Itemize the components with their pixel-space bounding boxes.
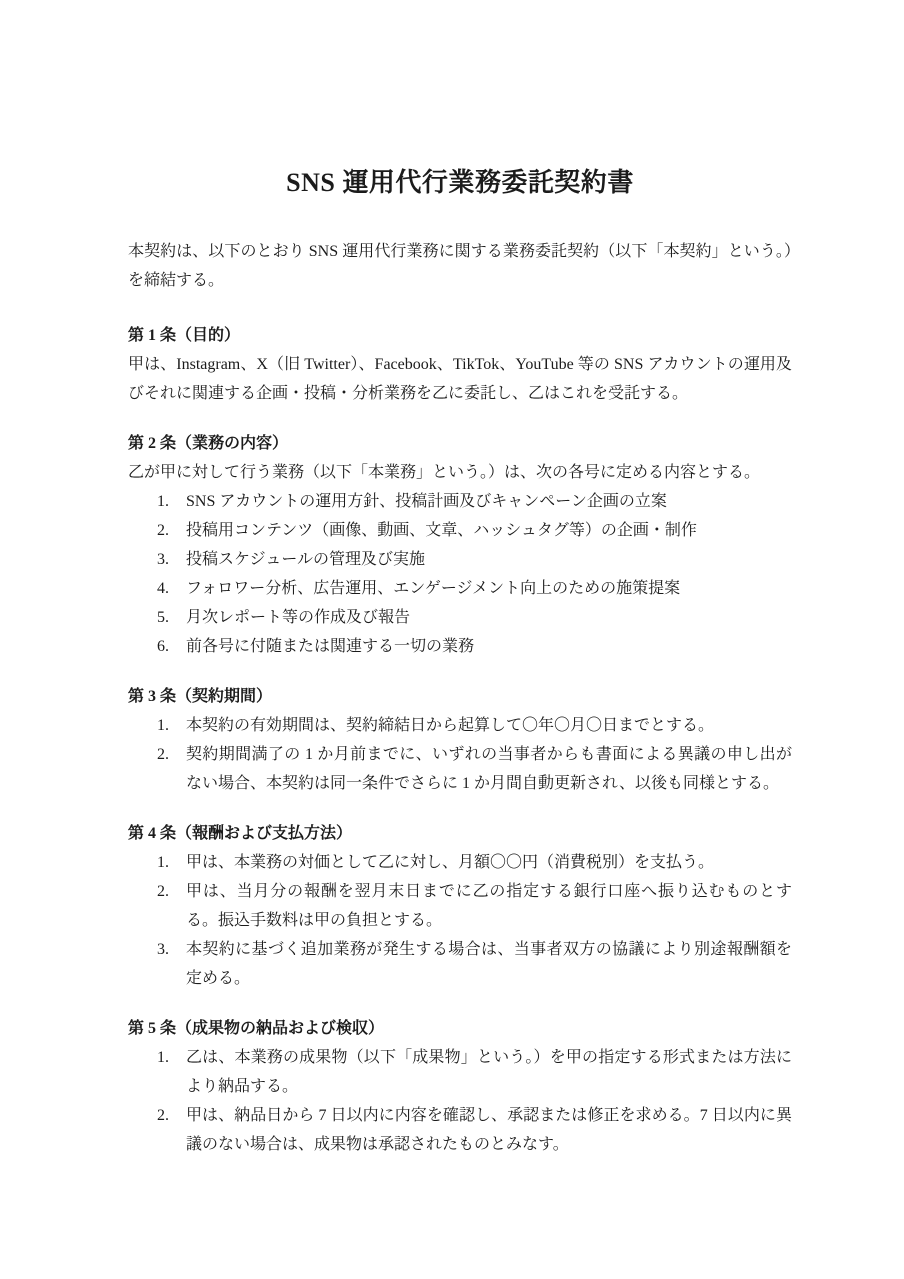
item-number: 1. <box>157 487 169 516</box>
article-4-heading: 第 4 条（報酬および支払方法） <box>128 819 792 848</box>
item-text: 甲は、納品日から 7 日以内に内容を確認し、承認または修正を求める。7 日以内に… <box>186 1107 792 1153</box>
item-number: 4. <box>157 574 169 603</box>
item-number: 1. <box>157 848 169 877</box>
article-2-item-list: 1. SNS アカウントの運用方針、投稿計画及びキャンペーン企画の立案 2. 投… <box>128 487 792 661</box>
article-3-item-list: 1. 本契約の有効期間は、契約締結日から起算して〇年〇月〇日までとする。 2. … <box>128 711 792 798</box>
item-text: 月次レポート等の作成及び報告 <box>186 609 410 626</box>
item-number: 1. <box>157 1043 169 1072</box>
list-item: 6. 前各号に付随または関連する一切の業務 <box>128 632 792 661</box>
contract-document-page: SNS 運用代行業務委託契約書 本契約は、以下のとおり SNS 運用代行業務に関… <box>0 0 904 1279</box>
article-1-purpose: 第 1 条（目的） 甲は、Instagram、X（旧 Twitter）、Face… <box>128 321 792 408</box>
article-3-heading: 第 3 条（契約期間） <box>128 682 792 711</box>
list-item: 2. 投稿用コンテンツ（画像、動画、文章、ハッシュタグ等）の企画・制作 <box>128 516 792 545</box>
list-item: 4. フォロワー分析、広告運用、エンゲージメント向上のための施策提案 <box>128 574 792 603</box>
item-number: 5. <box>157 603 169 632</box>
item-text: SNS アカウントの運用方針、投稿計画及びキャンペーン企画の立案 <box>186 493 667 510</box>
item-number: 2. <box>157 516 169 545</box>
list-item: 1. 本契約の有効期間は、契約締結日から起算して〇年〇月〇日までとする。 <box>128 711 792 740</box>
article-2-body: 乙が甲に対して行う業務（以下「本業務」という。）は、次の各号に定める内容とする。 <box>128 458 792 487</box>
item-text: フォロワー分析、広告運用、エンゲージメント向上のための施策提案 <box>186 580 680 597</box>
item-number: 2. <box>157 1101 169 1130</box>
item-text: 投稿用コンテンツ（画像、動画、文章、ハッシュタグ等）の企画・制作 <box>186 522 697 539</box>
item-text: 本契約に基づく追加業務が発生する場合は、当事者双方の協議により別途報酬額を定める… <box>186 941 792 987</box>
item-text: 前各号に付随または関連する一切の業務 <box>186 638 474 655</box>
intro-paragraph: 本契約は、以下のとおり SNS 運用代行業務に関する業務委託契約（以下「本契約」… <box>128 237 792 295</box>
list-item: 1. SNS アカウントの運用方針、投稿計画及びキャンペーン企画の立案 <box>128 487 792 516</box>
item-number: 6. <box>157 632 169 661</box>
article-1-body: 甲は、Instagram、X（旧 Twitter）、Facebook、TikTo… <box>128 350 792 408</box>
item-number: 3. <box>157 935 169 964</box>
article-4-fees-and-payment: 第 4 条（報酬および支払方法） 1. 甲は、本業務の対価として乙に対し、月額〇… <box>128 819 792 993</box>
article-5-delivery-and-inspection: 第 5 条（成果物の納品および検収） 1. 乙は、本業務の成果物（以下「成果物」… <box>128 1014 792 1159</box>
article-5-item-list: 1. 乙は、本業務の成果物（以下「成果物」という。）を甲の指定する形式または方法… <box>128 1043 792 1159</box>
article-5-heading: 第 5 条（成果物の納品および検収） <box>128 1014 792 1043</box>
article-1-heading: 第 1 条（目的） <box>128 321 792 350</box>
item-text: 甲は、本業務の対価として乙に対し、月額〇〇円（消費税別）を支払う。 <box>186 854 714 871</box>
list-item: 3. 本契約に基づく追加業務が発生する場合は、当事者双方の協議により別途報酬額を… <box>128 935 792 993</box>
item-number: 2. <box>157 877 169 906</box>
list-item: 2. 甲は、当月分の報酬を翌月末日までに乙の指定する銀行口座へ振り込むものとする… <box>128 877 792 935</box>
item-text: 本契約の有効期間は、契約締結日から起算して〇年〇月〇日までとする。 <box>186 717 714 734</box>
item-number: 3. <box>157 545 169 574</box>
article-2-heading: 第 2 条（業務の内容） <box>128 429 792 458</box>
item-text: 甲は、当月分の報酬を翌月末日までに乙の指定する銀行口座へ振り込むものとする。振込… <box>186 883 792 929</box>
article-3-contract-term: 第 3 条（契約期間） 1. 本契約の有効期間は、契約締結日から起算して〇年〇月… <box>128 682 792 798</box>
list-item: 2. 契約期間満了の 1 か月前までに、いずれの当事者からも書面による異議の申し… <box>128 740 792 798</box>
list-item: 5. 月次レポート等の作成及び報告 <box>128 603 792 632</box>
item-text: 乙は、本業務の成果物（以下「成果物」という。）を甲の指定する形式または方法により… <box>186 1049 792 1095</box>
item-text: 投稿スケジュールの管理及び実施 <box>186 551 425 568</box>
item-number: 1. <box>157 711 169 740</box>
list-item: 1. 乙は、本業務の成果物（以下「成果物」という。）を甲の指定する形式または方法… <box>128 1043 792 1101</box>
article-4-item-list: 1. 甲は、本業務の対価として乙に対し、月額〇〇円（消費税別）を支払う。 2. … <box>128 848 792 993</box>
item-number: 2. <box>157 740 169 769</box>
document-title: SNS 運用代行業務委託契約書 <box>128 166 792 199</box>
list-item: 2. 甲は、納品日から 7 日以内に内容を確認し、承認または修正を求める。7 日… <box>128 1101 792 1159</box>
article-2-scope-of-services: 第 2 条（業務の内容） 乙が甲に対して行う業務（以下「本業務」という。）は、次… <box>128 429 792 661</box>
list-item: 1. 甲は、本業務の対価として乙に対し、月額〇〇円（消費税別）を支払う。 <box>128 848 792 877</box>
list-item: 3. 投稿スケジュールの管理及び実施 <box>128 545 792 574</box>
item-text: 契約期間満了の 1 か月前までに、いずれの当事者からも書面による異議の申し出がな… <box>186 746 792 792</box>
